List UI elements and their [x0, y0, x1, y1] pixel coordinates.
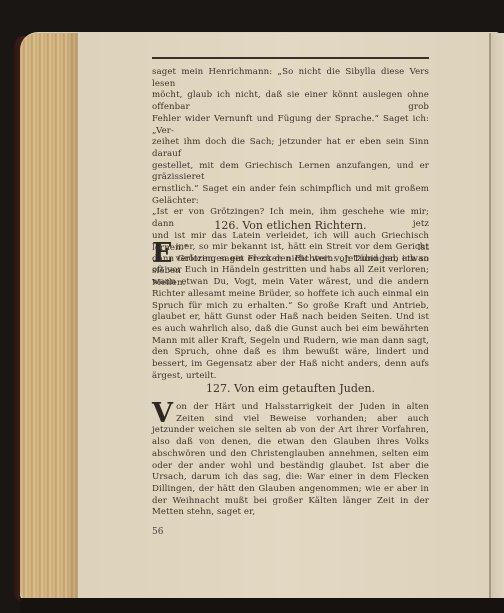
paragraph: on der Härt und Halsstarrigkeit der Jude… — [152, 402, 429, 517]
dropcap: V — [152, 403, 173, 425]
book-page: saget mein Henrichmann: „So nicht die Si… — [78, 33, 490, 603]
book-photo: saget mein Henrichmann: „So nicht die Si… — [0, 0, 504, 613]
text-line: Fehler wider Vernunft und Fügung der Spr… — [152, 114, 429, 137]
text-line: zeihet ihm doch die Sach; jetzunder hat … — [152, 137, 429, 160]
text-line: saget mein Henrichmann: „So nicht die Si… — [152, 67, 429, 90]
text-line: ernstlich.“ Saget ein ander fein schimpf… — [152, 184, 429, 207]
dropcap: E — [152, 243, 173, 265]
facing-page-edge — [491, 33, 504, 601]
header-rule — [152, 57, 429, 59]
paragraph: iner, so mir bekannt ist, hätt ein Strei… — [152, 242, 429, 381]
background-shadow — [20, 598, 504, 613]
text-line: gestellet, mit dem Griechisch Lernen anz… — [152, 161, 429, 184]
page-number: 56 — [152, 527, 163, 537]
text-line: möcht, glaub ich nicht, daß sie einer kö… — [152, 90, 429, 113]
section-body: E iner, so mir bekannt ist, hätt ein Str… — [152, 242, 429, 382]
section-heading: 126. Von etlichen Richtern. — [152, 219, 429, 232]
section-body: V on der Härt und Halsstarrigkeit der Ju… — [152, 402, 429, 519]
page-edges — [20, 33, 78, 601]
section-heading: 127. Von eim getauften Juden. — [152, 382, 429, 395]
